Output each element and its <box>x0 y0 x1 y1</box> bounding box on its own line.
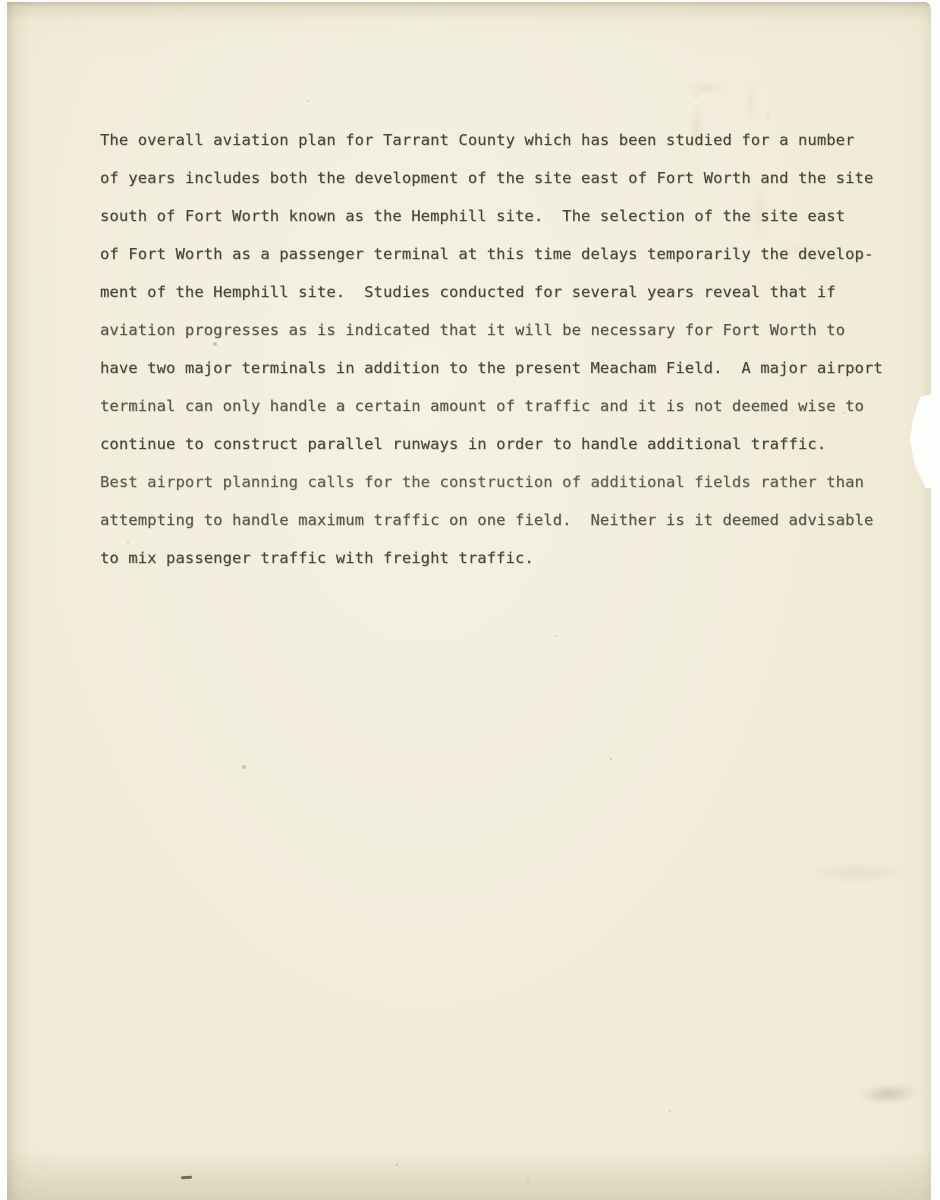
typed-line: aviation progresses as is indicated that… <box>100 311 890 349</box>
typed-paragraph: The overall aviation plan for Tarrant Co… <box>100 121 890 577</box>
typed-line: continue to construct parallel runways i… <box>100 425 890 463</box>
ink-dash-mark <box>181 1176 192 1180</box>
pencil-smudge <box>837 1075 931 1117</box>
typed-line: south of Fort Worth known as the Hemphil… <box>100 197 890 235</box>
typed-line: attempting to handle maximum traffic on … <box>100 501 890 539</box>
typed-line: have two major terminals in addition to … <box>100 349 890 387</box>
paper-specks <box>7 2 9 4</box>
pencil-smudge <box>795 856 935 890</box>
typed-line: to mix passenger traffic with freight tr… <box>100 539 890 577</box>
scan-background: The overall aviation plan for Tarrant Co… <box>0 0 940 1200</box>
typed-line: ment of the Hemphill site. Studies condu… <box>100 273 890 311</box>
typed-line: of years includes both the development o… <box>100 159 890 197</box>
typed-line: of Fort Worth as a passenger terminal at… <box>100 235 890 273</box>
typed-line: terminal can only handle a certain amoun… <box>100 387 890 425</box>
typed-line: Best airport planning calls for the cons… <box>100 463 890 501</box>
typed-line: The overall aviation plan for Tarrant Co… <box>100 121 890 159</box>
